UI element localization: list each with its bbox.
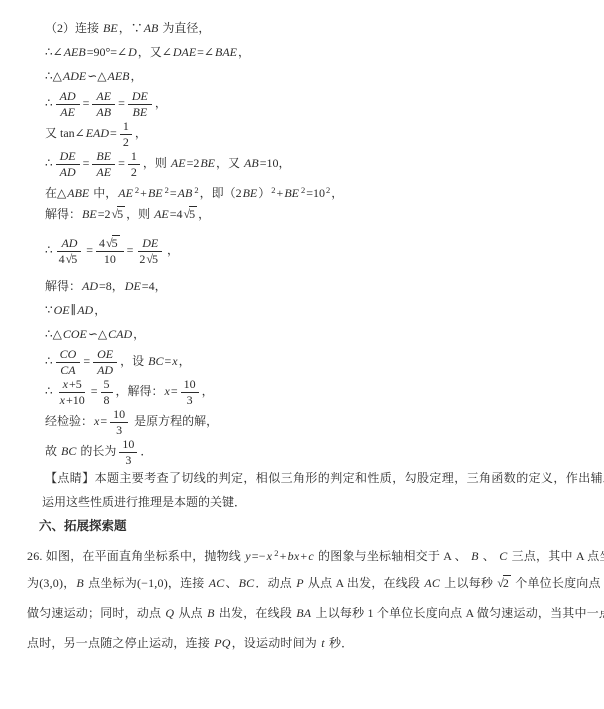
radicand: 5 (189, 206, 197, 221)
text-run: 的图象与坐标轴相交于 A 、 (315, 549, 470, 563)
text-run: = (86, 243, 93, 257)
text-run: ， (198, 207, 210, 221)
math-var: OE (96, 347, 114, 361)
math-var: AE (153, 207, 170, 221)
denominator: 8 (101, 393, 113, 407)
text-run: 运用这些性质进行推理是本题的关键． (42, 495, 246, 509)
radical-sign-icon: √ (106, 236, 112, 250)
text-run: ∴∠ (45, 45, 63, 59)
text-run: 点时，另一点随之停止运动，连接 (27, 636, 213, 650)
math-var: AB (243, 156, 260, 170)
numerator: DE (56, 150, 80, 165)
math-var: COE (62, 327, 88, 341)
solution-line: 在△ABE 中，AE2+BE2=AB2，即（2BE）2+BE2=102， (0, 178, 604, 202)
text-run: 秒． (326, 636, 354, 650)
numerator: 10 (181, 378, 199, 393)
text-run: +10 (66, 393, 85, 407)
math-var: B (75, 576, 85, 590)
fraction: 12 (120, 120, 132, 149)
text-run: ∴ (45, 384, 53, 398)
radicand: 2 (503, 575, 511, 590)
denominator: 4√5 (56, 252, 84, 266)
solution-line: ∵OE∥AD， (0, 298, 604, 322)
text-run: 10 (113, 407, 125, 421)
math-var: AC (423, 576, 441, 590)
math-var: OE (53, 303, 71, 317)
solution-line: ∴x+5x+10=58，解得：x=103， (0, 376, 604, 406)
square-root: √5 (111, 202, 125, 226)
text-run: ∴ (45, 96, 53, 110)
denominator: 3 (184, 393, 196, 407)
fraction: COCA (56, 348, 81, 377)
text-run: ，又∠ (138, 45, 172, 59)
text-run: = (118, 156, 125, 170)
numerator: 4√5 (96, 237, 124, 252)
text-run: +5 (69, 377, 82, 391)
radicand: 5 (112, 235, 120, 250)
math-var: BC (238, 576, 256, 590)
text-run: =2 (187, 156, 200, 170)
math-var: AEB (63, 45, 87, 59)
text-run: 在△ (45, 186, 66, 200)
fraction: AEAB (92, 90, 115, 119)
fraction: 4√510 (96, 237, 124, 266)
problem-line: 26. 如图，在平面直角坐标系中，抛物线 y=−x2+bx+c 的图象与坐标轴相… (0, 538, 604, 568)
text-run: = (83, 156, 90, 170)
math-var: AD (96, 363, 114, 377)
numerator: x+5 (59, 378, 85, 393)
text-run: = (171, 384, 178, 398)
text-run: ∴ (45, 156, 53, 170)
text-run: ∽△ (88, 327, 107, 341)
numerator: 1 (128, 150, 140, 165)
text-run: ，解得： (116, 384, 164, 398)
math-var: BE (95, 149, 112, 163)
solution-line: 故 BC 的长为103． (0, 436, 604, 466)
document-content: （2）连接 BE，∵AB 为直径，∴∠AEB=90°=∠D，又∠DAE=∠BAE… (0, 0, 604, 658)
denominator: AD (93, 363, 117, 377)
text-run: 2 (131, 165, 137, 179)
numerator: 10 (119, 438, 137, 453)
math-var: BE (242, 186, 259, 200)
fraction: OEAD (93, 348, 117, 377)
text-run: 上以每秒 (441, 576, 496, 590)
math-var: CO (59, 347, 78, 361)
math-var: DAE (172, 45, 197, 59)
numerator: 1 (120, 120, 132, 135)
text-run: ， (133, 327, 145, 341)
text-run: ， (131, 69, 143, 83)
math-var: B (470, 549, 480, 563)
math-var: DE (141, 236, 159, 250)
math-var: BE (283, 186, 300, 200)
square-root: √5 (146, 253, 160, 266)
text-run: = (83, 96, 90, 110)
text-run: 从点 (175, 606, 206, 620)
text-run: 4 (99, 236, 105, 250)
denominator: 2√5 (136, 252, 164, 266)
text-run: ∽△ (87, 69, 106, 83)
text-run: 六、拓展探索题 (39, 519, 127, 533)
denominator: 2 (120, 135, 132, 149)
numerator: AD (57, 237, 81, 252)
text-run: ，设运动时间为 (232, 636, 321, 650)
fraction: DEAD (56, 150, 80, 179)
square-root: √5 (66, 253, 80, 266)
problem-line: 点时，另一点随之停止运动，连接 PQ，设运动时间为 t 秒． (0, 628, 604, 658)
math-var: BE (199, 156, 216, 170)
radicand: 5 (117, 206, 125, 221)
math-var: AC (208, 576, 226, 590)
text-run: 解得： (45, 279, 81, 293)
text-run: ， (238, 45, 250, 59)
fraction: x+5x+10 (56, 378, 88, 407)
text-run: ） (258, 186, 270, 200)
solution-line: ∴∠AEB=90°=∠D，又∠DAE=∠BAE， (0, 40, 604, 64)
text-run: 为(3,0)， (27, 576, 75, 590)
text-run: 个单位长度向点 (512, 576, 604, 590)
text-run: =4 (170, 207, 183, 221)
solution-line: 解得：AD=8，DE=4， (0, 274, 604, 298)
math-var: BC (60, 444, 77, 458)
math-var: y (244, 549, 252, 563)
text-run: =∠ (197, 45, 214, 59)
fraction: 58 (101, 378, 113, 407)
text-run: 三点，其中 A 点坐标 (508, 549, 604, 563)
text-run: ，则 (143, 156, 170, 170)
solution-line: 经检验：x=103 是原方程的解， (0, 406, 604, 436)
math-var: x (164, 384, 171, 398)
denominator: CA (56, 363, 79, 377)
text-run: =4， (142, 279, 167, 293)
math-var: ABE (66, 186, 90, 200)
math-var: BAE (214, 45, 238, 59)
square-root: √5 (106, 237, 120, 250)
text-run: ．动点 (255, 576, 295, 590)
fraction: 103 (119, 438, 137, 467)
text-run: 故 (45, 444, 60, 458)
denominator: AD (56, 165, 80, 179)
math-var: BE (81, 207, 98, 221)
text-run: = (83, 354, 90, 368)
text-run: 1 (131, 149, 137, 163)
text-run: 做匀速运动；同时，动点 (27, 606, 164, 620)
text-run: + (280, 549, 287, 563)
text-run: 上以每秒 1 个单位长度向点 A 做匀速运动，当其中一点到达终 (312, 606, 604, 620)
text-run: 中， (90, 186, 117, 200)
text-run: 2 (123, 135, 129, 149)
math-var: CAD (107, 327, 133, 341)
text-run: 10 (122, 437, 134, 451)
solution-line: ∴COCA=OEAD，设 BC=x， (0, 346, 604, 376)
math-var: AD (76, 303, 94, 317)
numerator: DE (138, 237, 162, 252)
math-var: AE (170, 156, 187, 170)
math-var: BE (147, 186, 164, 200)
math-var: x (62, 377, 69, 391)
math-var: x (59, 393, 66, 407)
text-run: ， (167, 243, 179, 257)
numerator: 10 (110, 408, 128, 423)
text-run: ， (135, 126, 147, 140)
text-run: = (91, 384, 98, 398)
text-run: ，∵ (119, 21, 143, 35)
denominator: 10 (101, 252, 119, 266)
square-root: √2 (497, 568, 511, 598)
note-line: 运用这些性质进行推理是本题的关键． (0, 490, 604, 514)
text-run: 26. 如图，在平面直角坐标系中，抛物线 (27, 549, 244, 563)
numerator: AE (92, 90, 115, 105)
math-var: DE (59, 149, 77, 163)
text-run: 4 (59, 252, 65, 266)
math-var: Q (164, 606, 175, 620)
text-run: = (170, 186, 177, 200)
text-run: 是原方程的解， (131, 414, 218, 428)
solution-line: ∴DEAD=BEAE=12，则 AE=2BE，又 AB=10， (0, 148, 604, 178)
math-var: AE (117, 186, 134, 200)
square-root: √5 (184, 202, 198, 226)
fraction: 103 (110, 408, 128, 437)
text-run: = (100, 414, 107, 428)
solution-line: （2）连接 BE，∵AB 为直径， (0, 16, 604, 40)
fraction: 103 (181, 378, 199, 407)
text-run: ，则 (126, 207, 153, 221)
text-run: ∴△ (45, 69, 62, 83)
text-run: 1 (123, 119, 129, 133)
text-run: 3 (125, 453, 131, 467)
fraction: AD4√5 (56, 237, 84, 266)
solution-line: ∴△ADE∽△AEB， (0, 64, 604, 88)
math-var: AB (177, 186, 194, 200)
text-run: ∴△ (45, 327, 62, 341)
text-run: 从点 A 出发，在线段 (305, 576, 424, 590)
math-var: AE (59, 105, 76, 119)
text-run: =90°=∠ (87, 45, 127, 59)
text-run: 解得： (45, 207, 81, 221)
math-var: PQ (213, 636, 231, 650)
math-var: DE (131, 89, 149, 103)
numerator: OE (93, 348, 117, 363)
math-var: BE (102, 21, 119, 35)
denominator: AE (56, 105, 79, 119)
text-run: ， (179, 354, 191, 368)
text-run: 出发，在线段 (216, 606, 296, 620)
text-run: 【点睛】本题主要考查了切线的判定，相似三角形的判定和性质，勾股定理，三角函数的定… (45, 471, 604, 485)
text-run: 的长为 (77, 444, 116, 458)
text-run: = (118, 96, 125, 110)
text-run: 10 (104, 252, 116, 266)
math-var: AD (59, 89, 77, 103)
math-var: BC (147, 354, 164, 368)
math-var: DE (124, 279, 142, 293)
text-run: 3 (116, 423, 122, 437)
text-run: 又 tan∠ (45, 126, 85, 140)
text-run: 点坐标为(−1,0)，连接 (85, 576, 208, 590)
fraction: BEAE (92, 150, 115, 179)
text-run: 2 (139, 252, 145, 266)
math-var: EAD (85, 126, 110, 140)
text-run: ，又 (216, 156, 243, 170)
numerator: DE (128, 90, 152, 105)
denominator: 2 (128, 165, 140, 179)
radicand: 5 (152, 251, 160, 266)
denominator: 3 (113, 423, 125, 437)
solution-line: ∴△COE∽△CAD， (0, 322, 604, 346)
math-var: AEB (107, 69, 131, 83)
fraction: ADAE (56, 90, 80, 119)
math-var: c (307, 549, 315, 563)
problem-line: 为(3,0)，B 点坐标为(−1,0)，连接 AC、BC．动点 P 从点 A 出… (0, 568, 604, 598)
fraction: DE2√5 (136, 237, 164, 266)
text-run: ， (94, 303, 106, 317)
math-var: AD (60, 236, 78, 250)
math-var: AB (143, 21, 160, 35)
text-run: 10 (184, 377, 196, 391)
denominator: AB (92, 105, 115, 119)
numerator: CO (56, 348, 81, 363)
text-run: = (110, 126, 117, 140)
math-var: P (295, 576, 305, 590)
solution-line: ∴ADAE=AEAB=DEBE， (0, 88, 604, 118)
fraction: DEBE (128, 90, 152, 119)
denominator: AE (92, 165, 115, 179)
text-run: + (140, 186, 147, 200)
text-run: 为直径， (159, 21, 210, 35)
math-var: AE (95, 89, 112, 103)
text-run: ，即（2 (200, 186, 242, 200)
text-run: ，设 (120, 354, 147, 368)
denominator: x+10 (56, 393, 88, 407)
numerator: BE (92, 150, 115, 165)
fraction: 12 (128, 150, 140, 179)
text-run: ∵ (45, 303, 53, 317)
math-var: ADE (62, 69, 87, 83)
text-run: 经检验： (45, 414, 93, 428)
solution-line: 又 tan∠EAD=12， (0, 118, 604, 148)
text-run: ∴ (45, 354, 53, 368)
text-run: 3 (187, 393, 193, 407)
denominator: 3 (122, 453, 134, 467)
text-run: =10， (260, 156, 291, 170)
math-var: AE (95, 165, 112, 179)
math-var: bx (287, 549, 301, 563)
text-run: =10 (306, 186, 325, 200)
text-run: 8 (104, 393, 110, 407)
section-heading: 六、拓展探索题 (0, 514, 604, 538)
problem-line: 做匀速运动；同时，动点 Q 从点 B 出发，在线段 BA 上以每秒 1 个单位长… (0, 598, 604, 628)
text-run: ， (202, 384, 214, 398)
text-run: 、 (225, 576, 237, 590)
text-run: ， (155, 96, 167, 110)
math-var: AD (59, 165, 77, 179)
text-run: 、 (480, 549, 499, 563)
math-var: C (498, 549, 508, 563)
math-var: B (206, 606, 216, 620)
solution-line: 解得：BE=2√5，则 AE=4√5， (0, 202, 604, 226)
text-run: =2 (98, 207, 111, 221)
math-var: CA (59, 363, 76, 377)
numerator: AD (56, 90, 80, 105)
text-run: ． (140, 444, 152, 458)
math-var: x (171, 354, 178, 368)
text-run: = (127, 243, 134, 257)
text-run: =− (252, 549, 266, 563)
solution-line: ∴AD4√5=4√510=DE2√5， (0, 226, 604, 274)
math-var: BA (295, 606, 312, 620)
denominator: BE (129, 105, 152, 119)
math-var: AD (81, 279, 99, 293)
note-line: 【点睛】本题主要考查了切线的判定，相似三角形的判定和性质，勾股定理，三角函数的定… (0, 466, 604, 490)
text-run: ∴ (45, 243, 53, 257)
document-page: （2）连接 BE，∵AB 为直径，∴∠AEB=90°=∠D，又∠DAE=∠BAE… (0, 0, 604, 709)
radicand: 5 (71, 251, 79, 266)
math-var: AB (95, 105, 112, 119)
math-var: D (127, 45, 138, 59)
text-run: ， (331, 186, 343, 200)
text-run: 5 (104, 377, 110, 391)
math-var: BE (132, 105, 149, 119)
text-run: （2）连接 (45, 21, 102, 35)
text-run: =8， (99, 279, 124, 293)
numerator: 5 (101, 378, 113, 393)
